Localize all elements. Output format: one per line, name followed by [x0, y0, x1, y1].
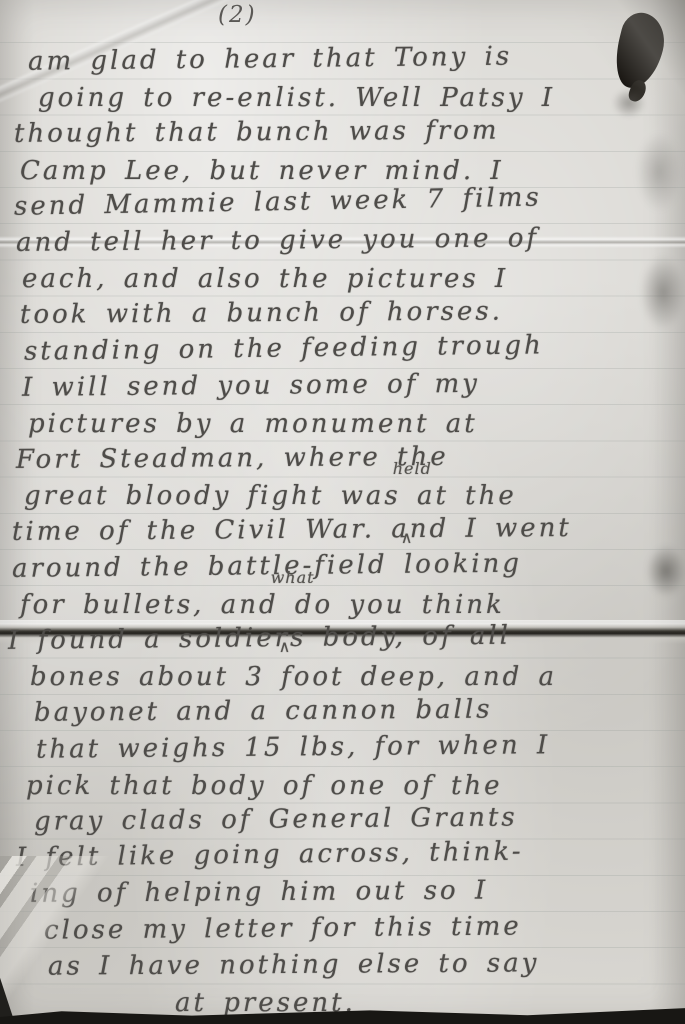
letter-line: each, and also the pictures I: [0, 261, 685, 297]
page-number: (2): [218, 2, 257, 28]
letter-line: Fort Steadman, where the: [0, 437, 685, 478]
letter-line: around the battle-field looking: [0, 543, 685, 586]
letter-line: bayonet and a cannon balls: [0, 691, 685, 732]
graphite-smudge: [646, 545, 685, 597]
torn-corner-top-right: [575, 0, 685, 150]
scanned-letter-page: (2) am glad to hear that Tony isgoing to…: [0, 0, 685, 1024]
letter-line: standing on the feeding trough: [0, 325, 685, 370]
letter-line: I will send you some of my: [0, 364, 685, 406]
letter-line: and tell her to give you one of: [0, 219, 685, 261]
letter-line: pictures by a monument at: [0, 406, 685, 442]
letter-paper: (2) am glad to hear that Tony isgoing to…: [0, 0, 685, 1024]
letter-line: that weighs 15 lbs, for when I: [0, 726, 685, 768]
letter-line: I found a soldiers body, of all: [0, 616, 685, 659]
insertion-word: what: [271, 560, 315, 596]
graphite-smudge: [640, 255, 685, 330]
line-text: great bloody fight was: [24, 481, 401, 511]
insertion-word: held: [393, 451, 432, 487]
folded-corner-bottom-left: [0, 856, 165, 1024]
line-text: for bullets, and: [20, 590, 279, 620]
